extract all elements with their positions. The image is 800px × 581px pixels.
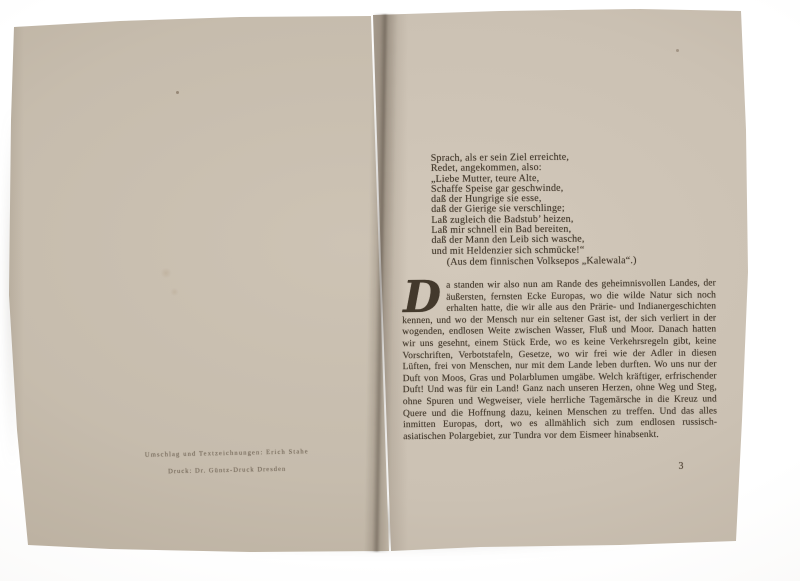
page-number: 3 (678, 461, 683, 472)
drop-cap-initial: D (402, 281, 447, 315)
poem-attribution: (Aus dem finnischen Volksepos „Kalewala“… (432, 256, 637, 268)
paragraph-text: a standen wir also nun am Rande des gehe… (402, 278, 717, 441)
book-photo-scene: Umschlag und Textzeichnungen: Erich Stah… (0, 0, 800, 581)
poem-block: Sprach, als er sein Ziel erreichte, Rede… (431, 152, 637, 268)
right-page-content: Sprach, als er sein Ziel erreichte, Rede… (0, 0, 800, 581)
body-paragraph: Da standen wir also nun am Rande des geh… (402, 278, 717, 443)
